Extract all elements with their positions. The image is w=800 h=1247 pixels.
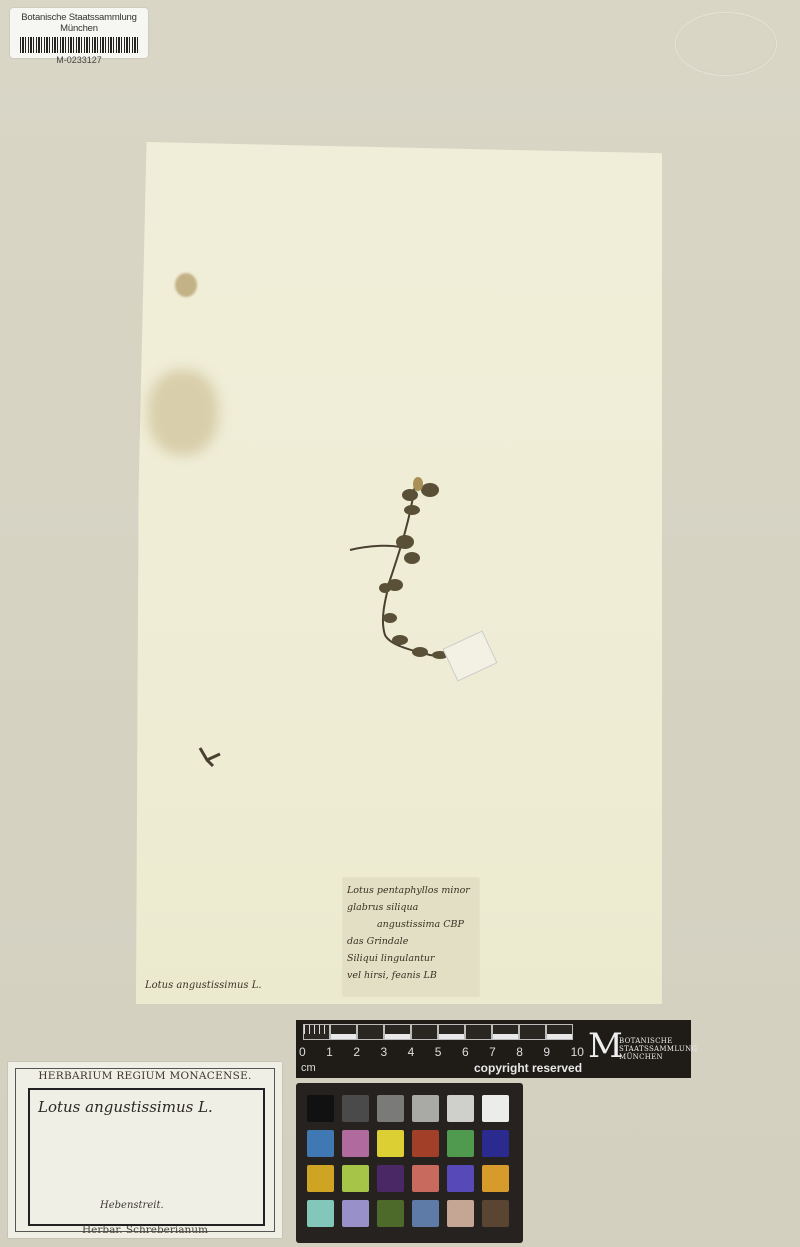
- color-calibration-chart: [296, 1083, 523, 1243]
- embossed-stamp: [675, 12, 777, 76]
- tick-label: 10: [571, 1045, 584, 1059]
- color-swatch: [377, 1130, 404, 1157]
- det-line: angustissima CBP: [347, 916, 475, 933]
- color-swatch: [482, 1130, 509, 1157]
- det-line: vel hirsi, feanis LB: [347, 967, 475, 984]
- stain: [175, 273, 197, 297]
- color-swatch: [307, 1165, 334, 1192]
- scale-ruler: 0 1 2 3 4 5 6 7 8 9 10 cm copyright rese…: [296, 1020, 691, 1078]
- color-swatch: [377, 1200, 404, 1227]
- institution-name: Botanische Staatssammlung München: [10, 12, 148, 34]
- label-header: HERBARIUM REGIUM MONACENSE.: [8, 1070, 282, 1082]
- color-swatch: [377, 1165, 404, 1192]
- sheet-annotation: Lotus angustissimus L.: [145, 980, 262, 991]
- color-swatch: [412, 1165, 439, 1192]
- color-swatch: [307, 1200, 334, 1227]
- color-swatch: [482, 1165, 509, 1192]
- institution-logo-text: BOTANISCHE STAATSSAMMLUNG MÜNCHEN: [619, 1037, 697, 1061]
- institution-logo-icon: M: [588, 1026, 623, 1066]
- color-swatch: [377, 1095, 404, 1122]
- tick-label: 3: [380, 1045, 387, 1059]
- color-swatch: [412, 1200, 439, 1227]
- determination-slip: Lotus pentaphyllos minor glabrus siliqua…: [343, 878, 479, 996]
- color-swatch: [342, 1095, 369, 1122]
- herbarium-label: HERBARIUM REGIUM MONACENSE. Lotus angust…: [8, 1062, 282, 1238]
- det-line: das Grindale: [347, 933, 475, 950]
- color-swatch: [447, 1130, 474, 1157]
- tick-label: 7: [489, 1045, 496, 1059]
- color-swatch: [307, 1130, 334, 1157]
- color-swatch: [342, 1200, 369, 1227]
- color-swatch: [447, 1200, 474, 1227]
- det-line: Lotus pentaphyllos minor: [347, 882, 475, 899]
- plant-fragment: [195, 740, 225, 770]
- label-footer: Herbar. Schreberianum: [8, 1224, 282, 1236]
- det-line: Siliqui lingulantur: [347, 950, 475, 967]
- tick-label: 4: [408, 1045, 415, 1059]
- tick-label: 2: [353, 1045, 360, 1059]
- logo-line: STAATSSAMMLUNG: [619, 1045, 697, 1053]
- species-name: Lotus angustissimus L.: [38, 1098, 213, 1116]
- color-swatch: [447, 1165, 474, 1192]
- ruler-ticks: 0 1 2 3 4 5 6 7 8 9 10: [299, 1045, 584, 1059]
- tick-label: 6: [462, 1045, 469, 1059]
- swatch-grid: [307, 1095, 509, 1227]
- copyright-notice: copyright reserved: [474, 1061, 582, 1075]
- color-swatch: [342, 1165, 369, 1192]
- color-swatch: [342, 1130, 369, 1157]
- color-swatch: [482, 1200, 509, 1227]
- color-swatch: [482, 1095, 509, 1122]
- det-line: glabrus siliqua: [347, 899, 475, 916]
- tick-label: 8: [516, 1045, 523, 1059]
- logo-line: BOTANISCHE: [619, 1037, 697, 1045]
- collector-name: Hebenstreit.: [100, 1200, 164, 1211]
- tick-label: 9: [543, 1045, 550, 1059]
- tick-label: 5: [435, 1045, 442, 1059]
- ruler-unit: cm: [301, 1062, 316, 1074]
- color-swatch: [447, 1095, 474, 1122]
- tick-label: 0: [299, 1045, 306, 1059]
- ruler-scale: [303, 1024, 573, 1040]
- tick-label: 1: [326, 1045, 333, 1059]
- stain: [148, 370, 218, 455]
- color-swatch: [412, 1130, 439, 1157]
- color-swatch: [307, 1095, 334, 1122]
- catalog-number: M-0233127: [10, 55, 148, 65]
- color-swatch: [412, 1095, 439, 1122]
- barcode: [20, 37, 138, 53]
- logo-line: MÜNCHEN: [619, 1053, 697, 1061]
- barcode-label: Botanische Staatssammlung München M-0233…: [10, 8, 148, 58]
